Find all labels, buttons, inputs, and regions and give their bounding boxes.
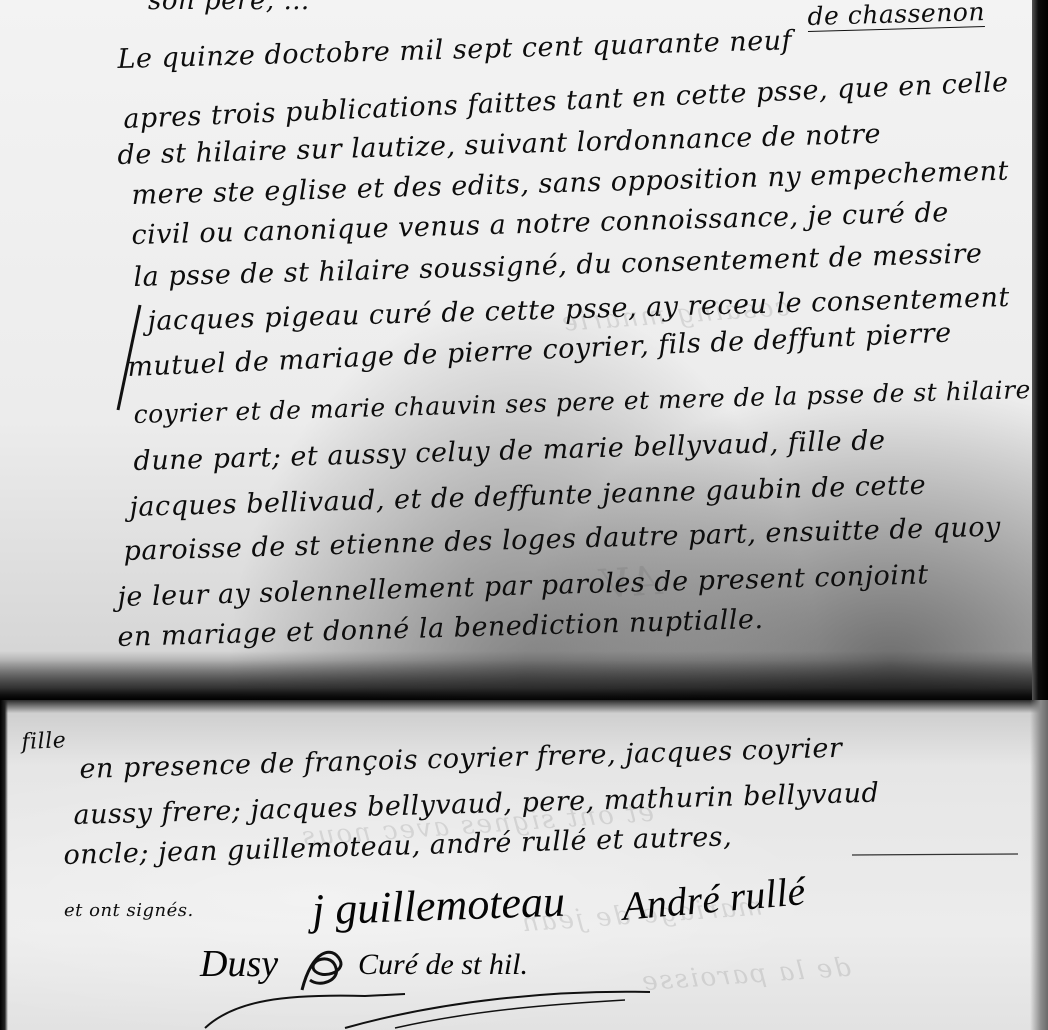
signature-guillemoteau: j guillemoteau [311, 876, 566, 936]
scan-edge-right [1030, 700, 1048, 1030]
entry-line-10: dune part; et aussy celuy de marie belly… [133, 425, 886, 477]
entry-line-1: Le quinze doctobre mil sept cent quarant… [117, 25, 792, 75]
register-page-bottom-scan: et ont signes avec nous mariage de jean … [0, 700, 1048, 1030]
line-filler-dash [850, 850, 1020, 860]
signature-andre-rulle: André rullé [620, 867, 807, 930]
scan-edge-left [0, 700, 8, 1030]
page-fold-shadow [0, 660, 1048, 700]
witness-line-1: en presence de françois coyrier frere, j… [79, 733, 843, 785]
signed-statement: et ont signés. [64, 900, 194, 921]
header-fragment: son pere, … [148, 0, 310, 16]
entry-line-9: coyrier et de marie chauvin ses pere et … [133, 375, 1031, 429]
entry-line-13: je leur ay solennellement par paroles de… [117, 559, 929, 613]
register-page-top-scan: cosaing mnarie AV son pere, … de chassen… [0, 0, 1048, 700]
entry-line-11: jacques bellivaud, et de deffunte jeanne… [129, 470, 926, 523]
entry-line-12: paroisse de st etienne des loges dautre … [123, 512, 1001, 567]
entry-line-14: en mariage et donné la benediction nupti… [117, 604, 764, 653]
margin-note-place: de chassenon [807, 0, 985, 32]
scan-edge-right [1032, 0, 1048, 700]
signature-underline-flourish [195, 970, 655, 1030]
margin-note-fille: fille [21, 728, 67, 755]
ink-bleed-through: de la paroisse [639, 953, 852, 998]
margin-bracket-stroke [110, 300, 150, 420]
